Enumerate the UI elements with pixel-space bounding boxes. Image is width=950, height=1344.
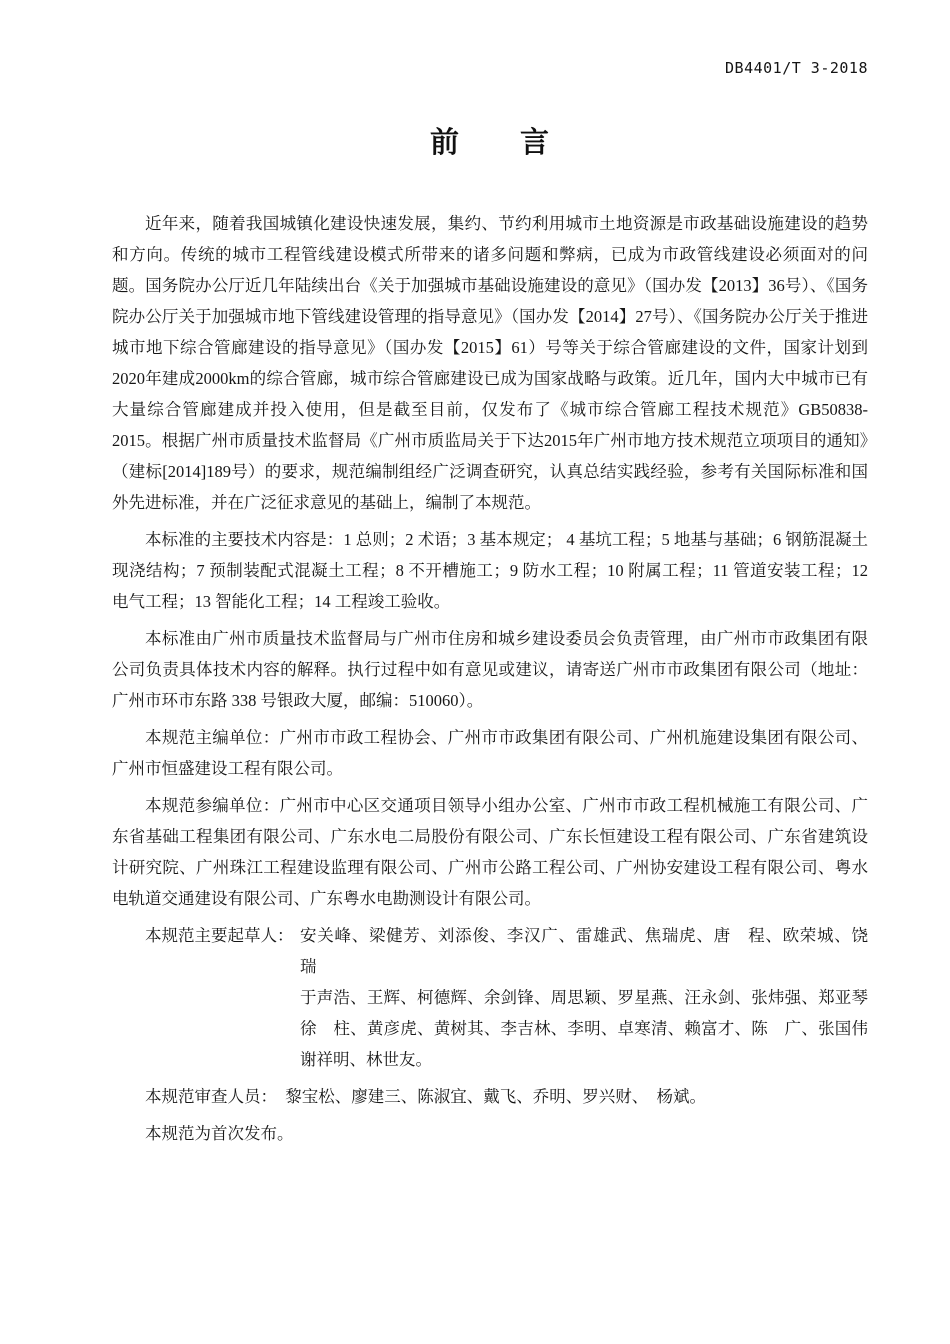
drafters-label: 本规范主要起草人： <box>145 920 294 951</box>
page-title: 前 言 <box>112 124 868 162</box>
drafters-name-list: 安关峰、梁健芳、刘添俊、李汉广、雷雄武、焦瑞虎、唐 程、欧荣城、饶 瑞 于声浩、… <box>300 920 868 1075</box>
page-header: DB4401/T 3-2018 <box>112 58 868 78</box>
paragraph-release-note: 本规范为首次发布。 <box>112 1118 868 1149</box>
drafters-line-1: 安关峰、梁健芳、刘添俊、李汉广、雷雄武、焦瑞虎、唐 程、欧荣城、饶 瑞 <box>300 920 868 982</box>
paragraph-technical-contents: 本标准的主要技术内容是：1 总则；2 术语；3 基本规定； 4 基坑工程；5 地… <box>112 524 868 617</box>
drafters-line-2: 于声浩、王辉、柯德辉、余剑锋、周思颖、罗星燕、汪永剑、张炜强、郑亚琴 <box>300 982 868 1013</box>
paragraph-management: 本标准由广州市质量技术监督局与广州市住房和城乡建设委员会负责管理，由广州市市政集… <box>112 623 868 716</box>
paragraph-participating-units: 本规范参编单位：广州市中心区交通项目领导小组办公室、广州市市政工程机械施工有限公… <box>112 790 868 914</box>
standard-number: DB4401/T 3-2018 <box>112 58 868 78</box>
document-page: DB4401/T 3-2018 前 言 近年来，随着我国城镇化建设快速发展，集约… <box>0 0 950 1344</box>
foreword-body: 近年来，随着我国城镇化建设快速发展，集约、节约利用城市土地资源是市政基础设施建设… <box>112 208 868 1149</box>
paragraph-reviewers: 本规范审查人员： 黎宝松、廖建三、陈淑宜、戴飞、乔明、罗兴财、 杨斌。 <box>112 1081 868 1112</box>
paragraph-drafters: 本规范主要起草人： 安关峰、梁健芳、刘添俊、李汉广、雷雄武、焦瑞虎、唐 程、欧荣… <box>112 920 868 1075</box>
paragraph-chief-editing-units: 本规范主编单位：广州市市政工程协会、广州市市政集团有限公司、广州机施建设集团有限… <box>112 722 868 784</box>
paragraph-background: 近年来，随着我国城镇化建设快速发展，集约、节约利用城市土地资源是市政基础设施建设… <box>112 208 868 518</box>
drafters-line-3: 徐 柱、黄彦虎、黄树其、李吉林、李明、卓寒清、赖富才、陈 广、张国伟 <box>300 1013 868 1044</box>
drafters-line-4: 谢祥明、林世友。 <box>300 1044 868 1075</box>
